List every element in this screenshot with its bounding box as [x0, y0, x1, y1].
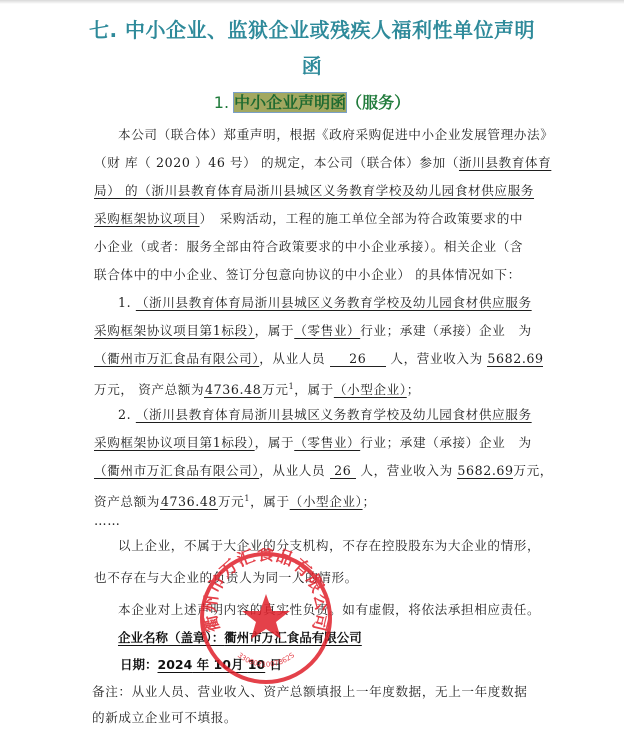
company-seal-icon: 衢州市万汇食品有限公司 3308021007862S: [196, 548, 336, 688]
label: 行业；承建（承接）企业 为: [360, 435, 532, 450]
item-1-line-4: 万元， 资产总额为4736.48万元1，属于（小型企业）；: [94, 379, 534, 398]
item-2-line-3: （衢州市万汇食品有限公司），从业人员 26 人，营业收入为 5682.69万元，: [94, 463, 534, 479]
label: ；: [407, 382, 420, 397]
section-subtitle: 1. 中小企业声明函（服务）: [0, 90, 624, 113]
label: 万元，: [513, 463, 553, 478]
intro-line-1: 本公司（联合体）郑重声明，根据《政府采购促进中小企业发展管理办法》: [118, 127, 558, 143]
agency-name: 浙川县教育体育: [459, 155, 551, 170]
label: 万元: [218, 494, 244, 509]
label: ，属于: [294, 382, 334, 397]
item-index: 2.: [118, 407, 131, 422]
item-1-line-1: 1. （浙川县教育体育局浙川县城区义务教育学校及幼儿园食材供应服务: [118, 295, 558, 311]
svg-text:3308021007862S: 3308021007862S: [236, 651, 297, 669]
statement-1-line-1: 以上企业，不属于大企业的分支机构，不存在控股股东为大企业的情形，: [118, 538, 558, 554]
label: 万元: [262, 382, 288, 397]
label: 资产总额为: [138, 382, 204, 397]
subtitle-number: 1.: [214, 93, 234, 112]
item-staff-count: 26: [330, 464, 356, 479]
intro-line-4: 采购框架协议项目） 采购活动，工程的施工单位全部为符合政策要求的中: [94, 211, 534, 227]
intro-text: ） 采购活动，工程的施工单位全部为符合政策要求的中: [200, 211, 524, 226]
note-line-2: 的新成立企业可不填报。: [92, 710, 532, 726]
item-industry: （零售业）: [294, 435, 360, 450]
intro-text: （财 库（ 2020 ）46 号） 的规定，本公司（联合体）参加（: [94, 155, 459, 170]
label: 万元，: [94, 382, 134, 397]
label: 人，营业收入为: [390, 351, 482, 366]
date-label: 日期：: [120, 657, 158, 672]
date-year: 2024: [158, 657, 193, 672]
item-revenue: 5682.69: [457, 464, 513, 479]
signature-company: 企业名称（盖章）：衢州市万汇食品有限公司: [118, 630, 558, 646]
label: ，从业人员: [259, 463, 325, 478]
ellipsis: ……: [94, 513, 534, 529]
item-assets: 4736.48: [204, 383, 262, 398]
item-staff-count: 26: [330, 352, 386, 367]
item-1-line-2: 采购框架协议项目第1标段），属于（零售业）行业；承建（承接）企业 为: [94, 323, 534, 339]
label: ，从业人员: [259, 351, 325, 366]
item-1-line-3: （衢州市万汇食品有限公司），从业人员 26 人，营业收入为 5682.69: [94, 351, 534, 367]
agency-name-cont: 局: [94, 183, 107, 198]
item-size: （小型企业）: [334, 382, 407, 397]
intro-line-6: 联合体中的中小企业、签订分包意向协议的中小企业） 的具体情况如下：: [94, 267, 534, 283]
item-assets: 4736.48: [160, 495, 218, 510]
label: 行业；承建（承接）企业 为: [360, 323, 532, 338]
subtitle-highlighted-text[interactable]: 中小企业声明函: [234, 93, 346, 112]
item-index: 1.: [118, 295, 131, 310]
document-title-line1: 七. 中小企业、监狱企业或残疾人福利性单位声明: [0, 14, 624, 43]
item-project-cont: 采购框架协议项目第1标段）: [94, 435, 255, 450]
item-2-line-2: 采购框架协议项目第1标段），属于（零售业）行业；承建（承接）企业 为: [94, 435, 534, 451]
item-2-line-1: 2. （浙川县教育体育局浙川县城区义务教育学校及幼儿园食材供应服务: [118, 407, 558, 423]
item-size: （小型企业）: [290, 494, 363, 509]
item-project: （浙川县教育体育局浙川县城区义务教育学校及幼儿园食材供应服务: [136, 407, 532, 422]
intro-line-5: 小企业（或者：服务全部由符合政策要求的中小企业承接）。相关企业（含: [94, 239, 534, 255]
item-2-line-4: 资产总额为4736.48万元1，属于（小型企业）；: [94, 491, 534, 510]
subtitle-suffix: （服务）: [346, 93, 410, 112]
item-company: （衢州市万汇食品有限公司）: [94, 351, 259, 366]
label: 资产总额为: [94, 494, 160, 509]
item-company: （衢州市万汇食品有限公司）: [94, 463, 259, 478]
label: 人，营业收入为: [360, 463, 452, 478]
document-title-line2: 函: [0, 50, 624, 79]
signature-date: 日期：2024 年 10月 10 日: [120, 657, 560, 673]
project-name: ） 的（浙川县教育体育局浙川县城区义务教育学校及幼儿园食材供应服务: [107, 183, 534, 198]
document-page: 七. 中小企业、监狱企业或残疾人福利性单位声明 函 1. 中小企业声明函（服务）…: [0, 0, 624, 732]
label: ，属于: [250, 494, 290, 509]
project-name-cont: 采购框架协议项目: [94, 211, 200, 226]
item-revenue: 5682.69: [487, 352, 543, 367]
statement-2: 本企业对上述声明内容的真实性负责。如有虚假，将依法承担相应责任。: [118, 602, 558, 618]
label: ，属于: [255, 435, 295, 450]
intro-line-3: 局） 的（浙川县教育体育局浙川县城区义务教育学校及幼儿园食材供应服务: [94, 183, 534, 199]
label: ，属于: [255, 323, 295, 338]
label: ；: [363, 494, 376, 509]
item-industry: （零售业）: [294, 323, 360, 338]
intro-line-2: （财 库（ 2020 ）46 号） 的规定，本公司（联合体）参加（浙川县教育体育: [94, 155, 534, 171]
item-project-cont: 采购框架协议项目第1标段）: [94, 323, 255, 338]
item-project: （浙川县教育体育局浙川县城区义务教育学校及幼儿园食材供应服务: [136, 295, 532, 310]
